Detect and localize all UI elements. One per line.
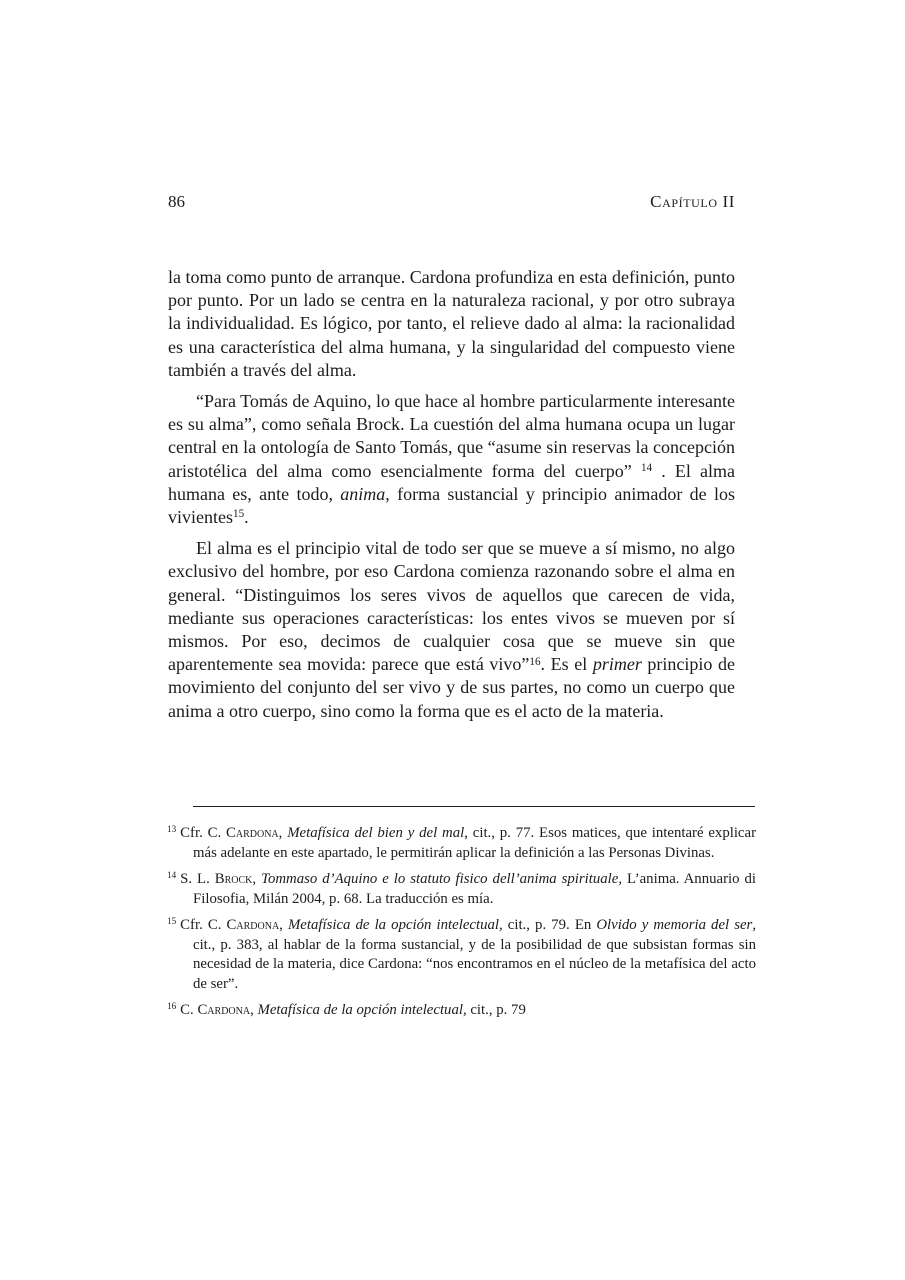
smallcaps-author-name: Cardona [227,917,280,933]
text-run: . [244,507,249,527]
italic-text: Tommaso d’Aquino e lo statuto fisico del… [261,871,622,887]
italic-text: Metafísica del bien y del mal [287,825,464,841]
text-run: , [252,871,261,887]
text-run: . Es el [541,654,593,674]
text-run: C. [180,1002,197,1018]
superscript-footnote-ref: 14 [167,870,176,880]
footnote: 14S. L. Brock, Tommaso d’Aquino e lo sta… [167,870,756,909]
footnote-separator-rule [193,806,755,807]
chapter-header: Capítulo II [650,192,735,212]
paragraph: El alma es el principio vital de todo se… [168,537,735,723]
italic-text: Olvido y memoria del ser [596,917,752,933]
superscript-footnote-ref: 14 [641,462,652,474]
body-text: la toma como punto de arranque. Cardona … [168,266,735,731]
text-run: , [279,917,288,933]
footnote: 13Cfr. C. Cardona, Metafísica del bien y… [167,824,756,863]
text-run: Cfr. C. [180,825,226,841]
superscript-footnote-ref: 16 [529,656,540,668]
text-run: la toma como punto de arranque. Cardona … [168,267,735,380]
superscript-footnote-ref: 15 [233,508,244,520]
text-run: , cit., p. 79 [463,1002,526,1018]
superscript-footnote-ref: 16 [167,1001,176,1011]
text-run: , [279,825,288,841]
smallcaps-author-name: Cardona [197,1002,250,1018]
text-run: , [250,1002,257,1018]
text-run: S. L. [180,871,215,887]
smallcaps-author-name: Brock [215,871,253,887]
page-number: 86 [168,192,185,212]
paragraph: la toma como punto de arranque. Cardona … [168,266,735,382]
smallcaps-author-name: Cardona [226,825,279,841]
text-run: , cit., p. 79. En [499,917,596,933]
superscript-footnote-ref: 13 [167,824,176,834]
text-run: Cfr. C. [180,917,226,933]
page-header: 86 Capítulo II [168,192,735,212]
footnote: 16C. Cardona, Metafísica de la opción in… [167,1001,756,1021]
paragraph: “Para Tomás de Aquino, lo que hace al ho… [168,390,735,529]
italic-text: anima [340,484,385,504]
italic-text: Metafísica de la opción intelectual [258,1002,463,1018]
footnote: 15Cfr. C. Cardona, Metafísica de la opci… [167,916,756,994]
document-page: 86 Capítulo II la toma como punto de arr… [0,0,905,1280]
superscript-footnote-ref: 15 [167,916,176,926]
italic-text: Metafísica de la opción intelectual [288,917,499,933]
footnotes-block: 13Cfr. C. Cardona, Metafísica del bien y… [167,824,756,1028]
italic-text: primer [593,654,642,674]
